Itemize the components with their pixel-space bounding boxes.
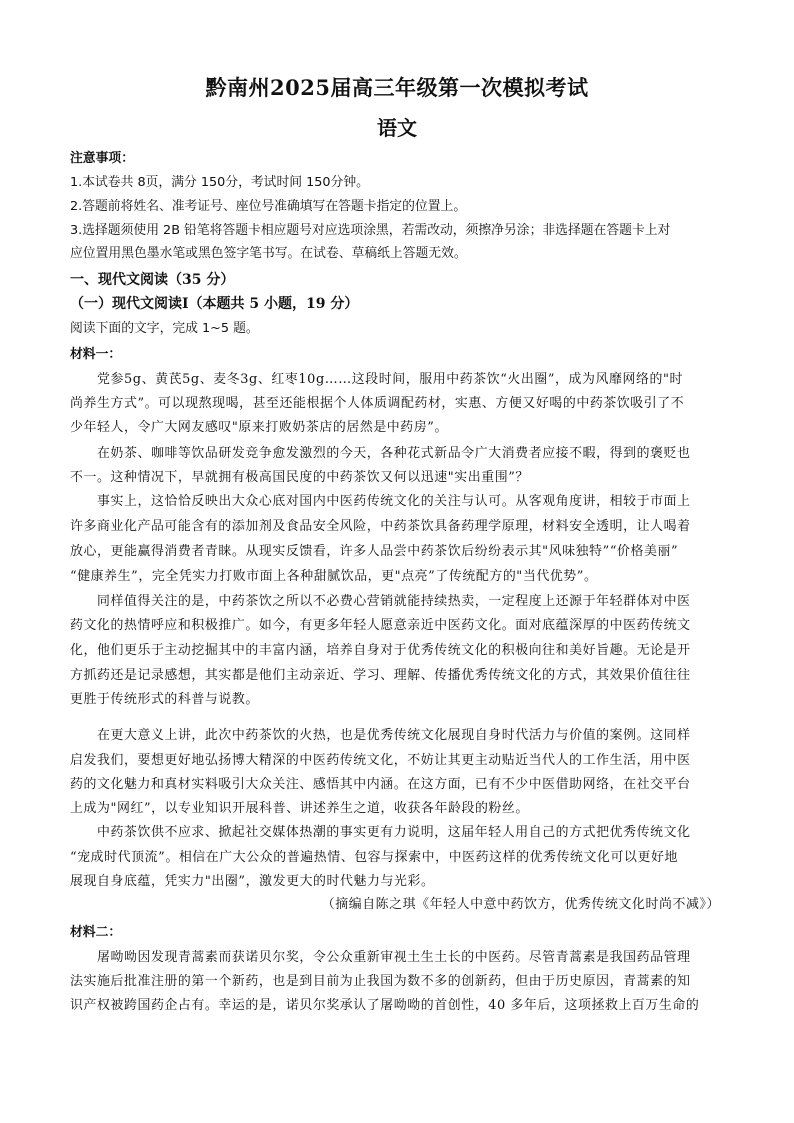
paragraph-line: 药文化的热情呼应和积极推广。如今，有更多年轻人愿意亲近中医药文化。面对底蕴深厚的… xyxy=(70,617,725,635)
notice-item-3: 3.选择题须使用 2B 铅笔将答题卡相应题号对应选项涂黑，若需改动，须擦净另涂；… xyxy=(70,222,725,240)
reading-instruction: 阅读下面的文字，完成 1~5 题。 xyxy=(70,320,725,338)
notice-item-1: 1.本试卷共 8页，满分 150分，考试时间 150分钟。 xyxy=(70,174,725,192)
notice-heading: 注意事项： xyxy=(70,150,725,168)
paragraph-line: 在奶茶、咖啡等饮品研发竞争愈发激烈的今天，各种花式新品令广大消费者应接不暇，得到… xyxy=(70,445,725,463)
paragraph-line: “宠成时代顶流”。相信在广大公众的普遍热情、包容与探索中，中医药这样的优秀传统文… xyxy=(70,849,725,867)
material-1-source: （摘编自陈之琪《年轻人中意中药饮方，优秀传统文化时尚不减》） xyxy=(70,896,720,914)
exam-title: 黔南州2025届高三年级第一次模拟考试 xyxy=(0,72,794,102)
paragraph-line: 上成为"网红”，以专业知识开展科普、讲述养生之道，收获各年龄段的粉丝。 xyxy=(70,800,725,818)
paragraph-line: 启发我们，要想更好地弘扬博大精深的中医药传统文化，不妨让其更主动贴近当代人的工作… xyxy=(70,752,725,770)
material-1-label: 材料一： xyxy=(70,346,725,364)
paragraph-line: 放心，更能赢得消费者青睐。从现实反馈看，许多人品尝中药茶饮后纷纷表示其"风味独特… xyxy=(70,543,725,561)
paragraph-line: 在更大意义上讲，此次中药茶饮的火热，也是优秀传统文化展现自身时代活力与价值的案例… xyxy=(70,727,725,745)
material-2-label: 材料二： xyxy=(70,924,725,942)
paragraph-line: 展现自身底蕴，凭实力"出圈”，激发更大的时代魅力与光彩。 xyxy=(70,873,725,891)
paragraph-line: 药的文化魅力和真材实料吸引大众关注、感悟其中内涵。在这方面，已有不少中医借助网络… xyxy=(70,776,725,794)
paragraph-line: 方抓药还是记录感想，其实都是他们主动亲近、学习、理解、传播优秀传统文化的方式，其… xyxy=(70,667,725,685)
paragraph-line: 法实施后批准注册的第一个新药，也是到目前为止我国为数不多的创新药，但由于历史原因… xyxy=(70,973,725,991)
notice-item-3-cont: 应位置用黑色墨水笔或黑色签字笔书写。在试卷、草稿纸上答题无效。 xyxy=(70,245,725,263)
notice-item-2: 2.答题前将姓名、准考证号、座位号准确填写在答题卡指定的位置上。 xyxy=(70,198,725,216)
section-subheading: （一）现代文阅读Ⅰ（本题共 5 小题，19 分） xyxy=(70,295,725,313)
paragraph-line: 识产权被跨国药企占有。幸运的是，诺贝尔奖承认了屠呦呦的首创性，40 多年后，这项… xyxy=(70,997,725,1015)
paragraph-line: 同样值得关注的是，中药茶饮之所以不必费心营销就能持续热卖，一定程度上还源于年轻群… xyxy=(70,593,725,611)
section-heading: 一、现代文阅读（35 分） xyxy=(70,271,725,289)
subject-title: 语文 xyxy=(0,112,794,141)
paragraph-line: 屠呦呦因发现青蒿素而获诺贝尔奖，令公众重新审视土生土长的中医药。尽管青蒿素是我国… xyxy=(70,949,725,967)
paragraph-line: “健康养生”，完全凭实力打败市面上各种甜腻饮品，更"点亮”了传统配方的"当代优势… xyxy=(70,568,725,586)
paragraph-line: 更胜于传统形式的科普与说教。 xyxy=(70,691,725,709)
paragraph-line: 少年轻人，令广大网友感叹"原来打败奶茶店的居然是中药房”。 xyxy=(70,419,725,437)
paragraph-line: 事实上，这恰恰反映出大众心底对国内中医药传统文化的关注与认可。从客观角度讲，相较… xyxy=(70,493,725,511)
paragraph-line: 许多商业化产品可能含有的添加剂及食品安全风险，中药茶饮具备药理学原理，材料安全透… xyxy=(70,518,725,536)
paragraph-line: 化，他们更乐于主动挖掘其中的丰富内涵，培养自身对于优秀传统文化的积极向往和美好旨… xyxy=(70,642,725,660)
paragraph-line: 不一。这种情况下，早就拥有极高国民度的中药茶饮又何以迅速"实出重围”？ xyxy=(70,469,725,487)
paragraph-line: 党参5g、黄芪5g、麦冬3g、红枣10g……这段时间，服用中药茶饮“火出圈”，成… xyxy=(70,371,725,389)
paragraph-line: 尚养生方式”。可以现熬现喝，甚至还能根据个人体质调配药材，实惠、方便又好喝的中药… xyxy=(70,395,725,413)
paragraph-line: 中药茶饮供不应求、掀起社交媒体热潮的事实更有力说明，这届年轻人用自己的方式把优秀… xyxy=(70,824,725,842)
exam-page: 黔南州2025届高三年级第一次模拟考试 语文 注意事项： 1.本试卷共 8页，满… xyxy=(0,0,794,1123)
